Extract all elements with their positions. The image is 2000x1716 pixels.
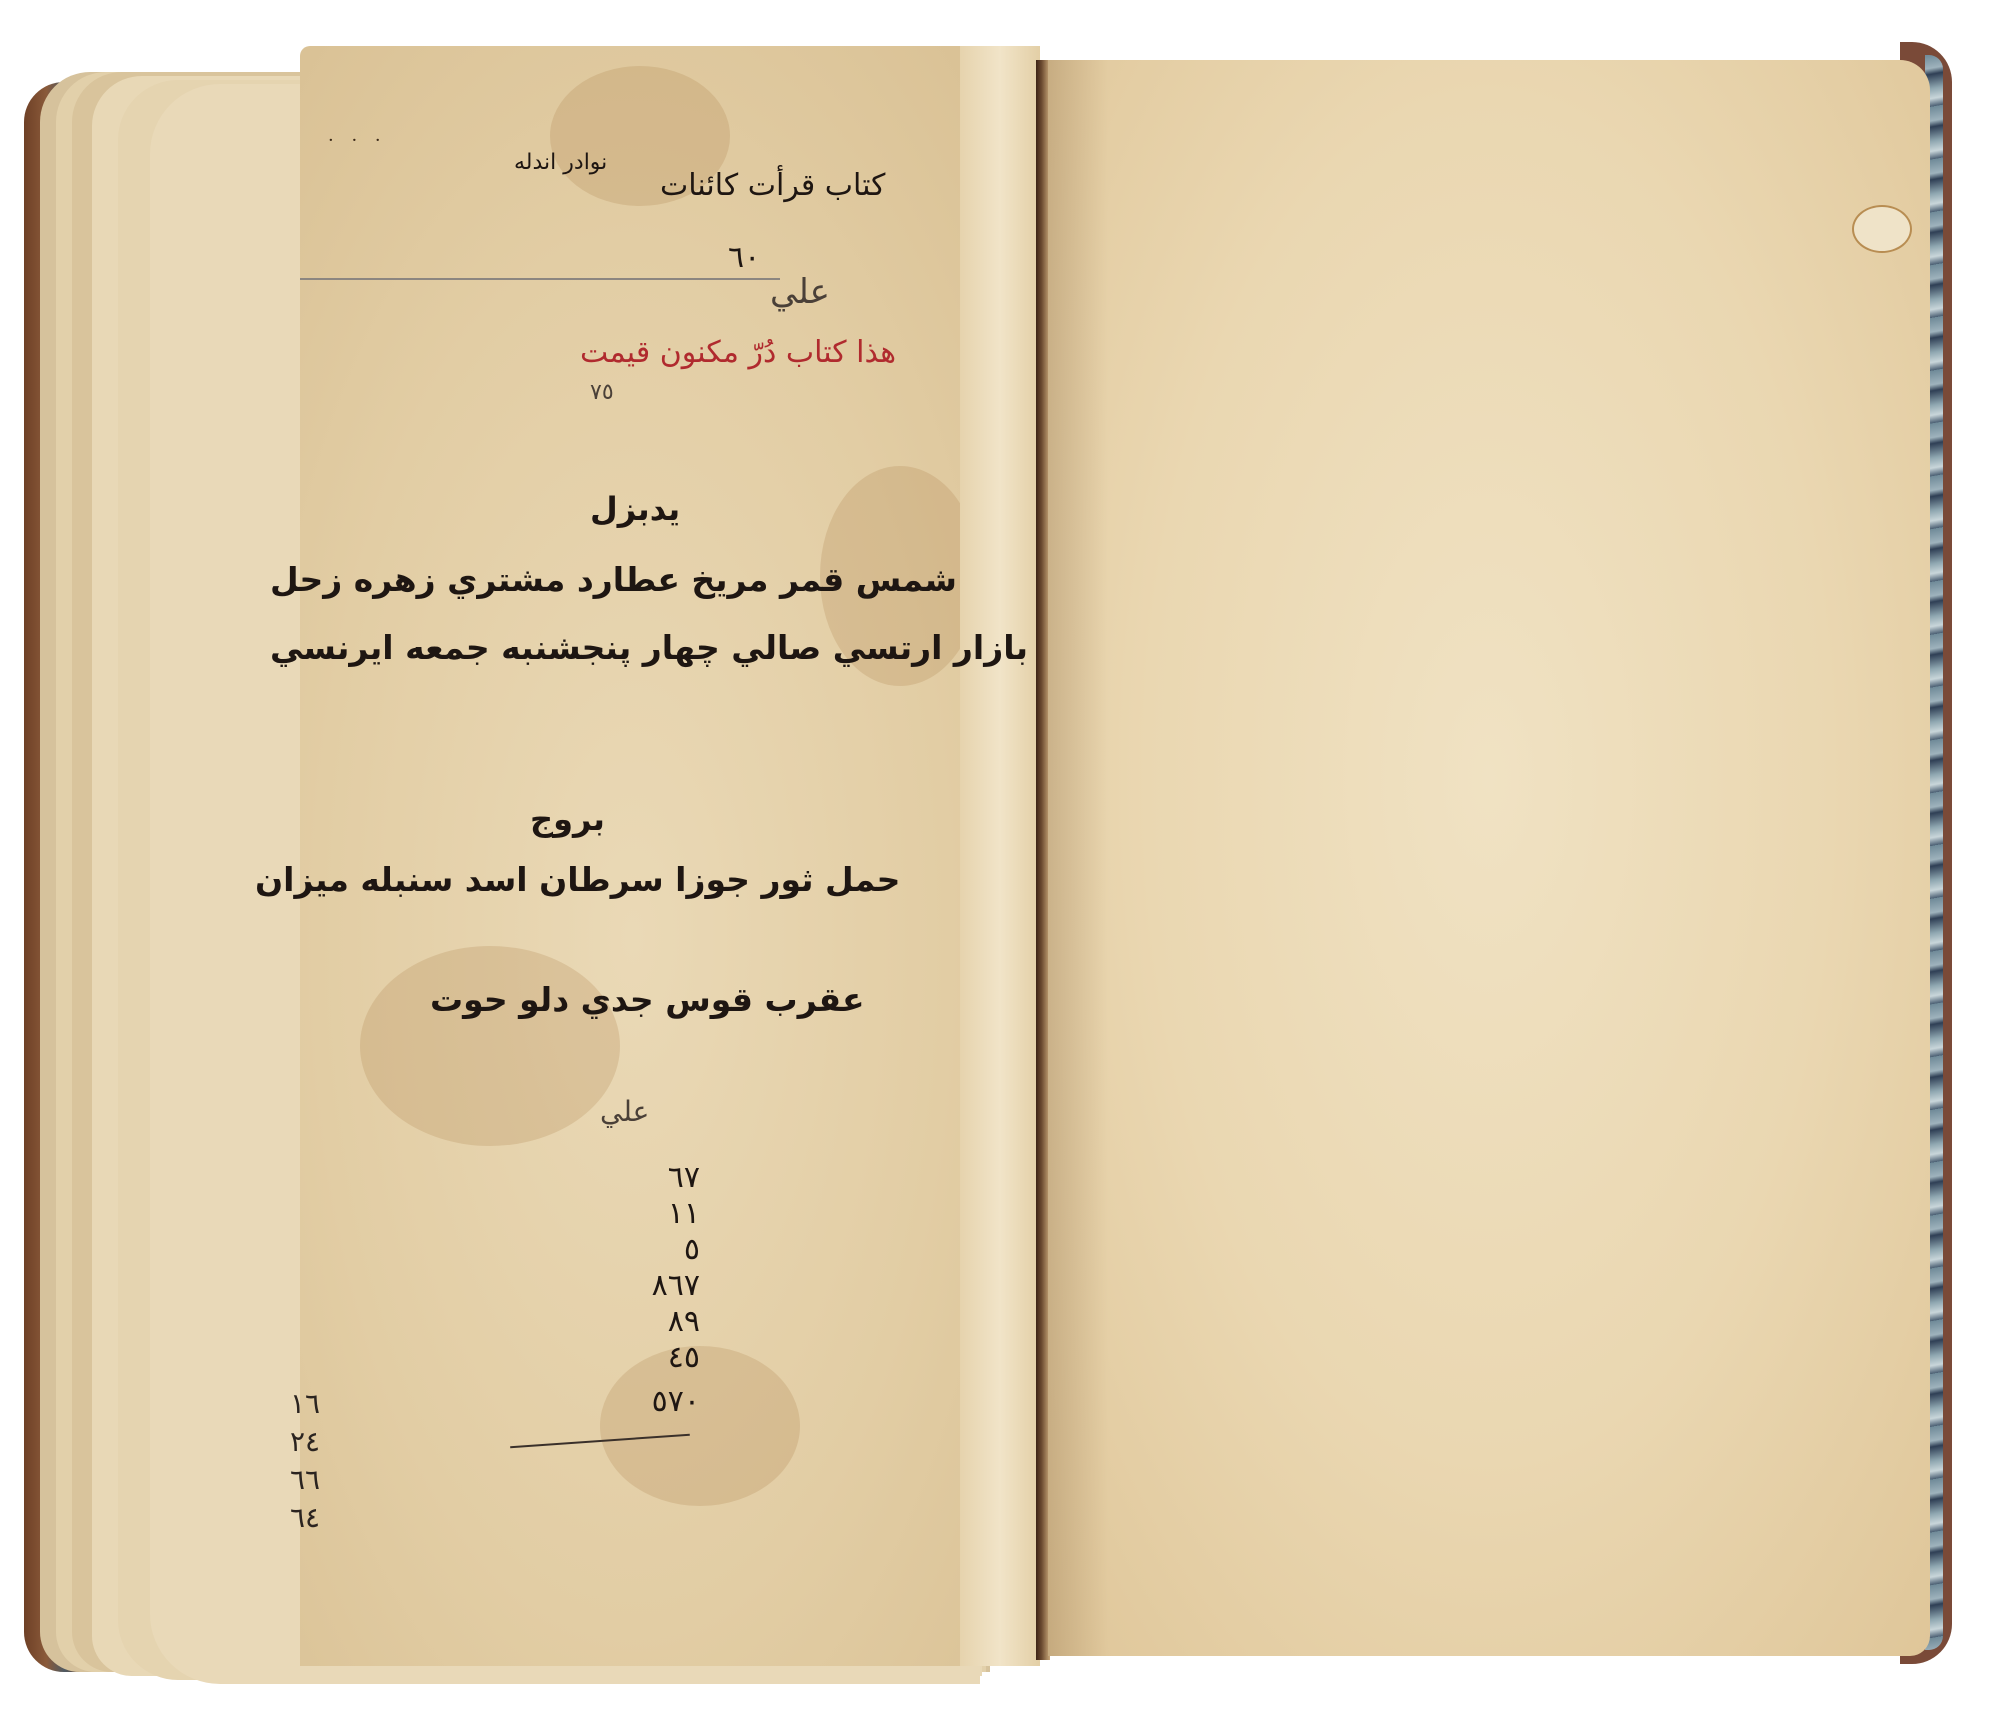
pencil-line	[300, 278, 780, 280]
margin-number: ١٦	[290, 1385, 330, 1423]
numeric-entry: ٦٧	[520, 1160, 700, 1196]
margin-number: ٢٤	[290, 1423, 330, 1461]
numeric-entry: ٨٦٧	[520, 1268, 700, 1304]
signature-bottom: علي	[600, 1095, 649, 1128]
section1-heading: يدبزل	[590, 490, 680, 528]
numeric-entry: ٥٧٠	[520, 1384, 700, 1420]
numeric-column: ٦٧ ١١ ٥ ٨٦٧ ٨٩ ٤٥ ٥٧٠	[520, 1160, 700, 1420]
margin-number: ٦٤	[290, 1499, 330, 1537]
left-page	[300, 46, 1040, 1666]
ink-spots: · · ·	[328, 130, 387, 151]
water-stain	[1852, 205, 1912, 253]
section2-row2: عقرب قوس جدي دلو حوت	[430, 980, 865, 1019]
price: ٧٥	[590, 380, 614, 405]
open-manuscript: · · · نوادر اندله كتاب قرأت كائنات ٦٠ عل…	[0, 0, 2000, 1716]
signature-top: علي	[770, 272, 830, 312]
section2-row1: حمل ثور جوزا سرطان اسد سنبله ميزان	[255, 860, 900, 899]
header-note: نوادر اندله	[514, 150, 607, 175]
section1-row1: شمس قمر مريخ عطارد مشتري زهره زحل	[270, 560, 957, 599]
section1-row2: بازار ارتسي صالي چهار پنجشنبه جمعه ايرنس…	[270, 628, 1028, 667]
numeric-entry: ٨٩	[520, 1304, 700, 1340]
stain	[360, 946, 620, 1146]
number-top: ٦٠	[728, 240, 760, 275]
section2-heading: بروج	[530, 800, 605, 838]
red-inscription: هذا كتاب دُرّ مكنون قيمت	[580, 335, 896, 370]
gutter-shadow	[1048, 60, 1108, 1656]
numeric-entry: ٤٥	[520, 1340, 700, 1376]
manuscript-title: كتاب قرأت كائنات	[660, 168, 885, 203]
left-page-fold	[960, 46, 1040, 1666]
right-page-blank	[1048, 60, 1930, 1656]
margin-number: ٦٦	[290, 1461, 330, 1499]
numeric-entry: ١١	[520, 1196, 700, 1232]
margin-numbers: ١٦ ٢٤ ٦٦ ٦٤	[290, 1385, 330, 1537]
numeric-entry: ٥	[520, 1232, 700, 1268]
